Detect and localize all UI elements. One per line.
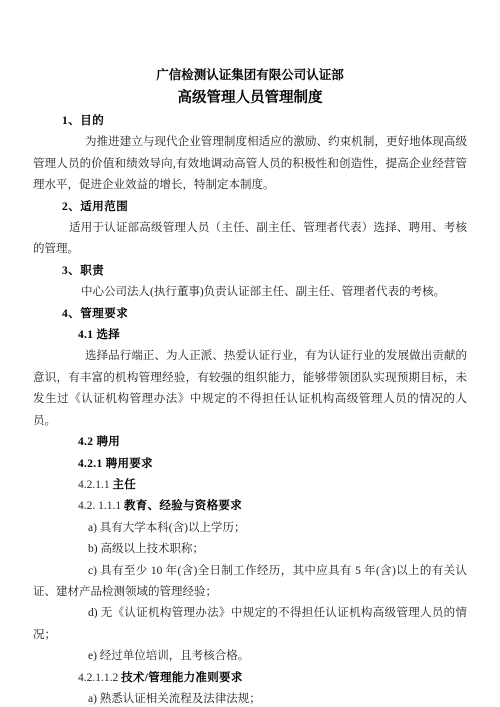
document-page: 广信检测认证集团有限公司认证部 高级管理人员管理制度 1、目的 为推进建立与现代… — [0, 0, 500, 707]
section-heading-2-scope: 2、适用范围 — [62, 197, 467, 218]
list-item-a-education: a) 具有大学本科(含)以上学历； — [33, 518, 467, 539]
heading-number: 4.2.1.1.2 — [78, 672, 121, 684]
subsection-heading-4-2-1-1-director: 4.2.1.1 主任 — [78, 475, 467, 496]
paragraph-purpose: 为推进建立与现代企业管理制度相适应的激励、约束机制，更好地体现高级管理人员的价值… — [33, 132, 467, 196]
subsection-heading-4-2-1-employment-requirements: 4.2.1 聘用要求 — [78, 454, 467, 475]
heading-label: 教育、经验与资格要求 — [124, 500, 242, 512]
list-item-a-regulations: a) 熟悉认证相关流程及法律法规； — [33, 689, 467, 707]
subsection-heading-4-2-employment: 4.2 聘用 — [78, 432, 467, 453]
section-heading-3-responsibility: 3、职责 — [62, 261, 467, 282]
subsection-heading-4-1-selection: 4.1 选择 — [78, 325, 467, 346]
document-title-main: 高级管理人员管理制度 — [33, 86, 467, 111]
list-item-c-experience: c) 具有至少 10 年(含)全日制工作经历，其中应具有 5 年(含)以上的有关… — [33, 561, 467, 604]
heading-label: 技术/管理能力准则要求 — [121, 672, 243, 684]
heading-label: 主任 — [113, 479, 137, 491]
list-item-e-training: e) 经过单位培训，且考核合格。 — [33, 646, 467, 667]
document-title-company: 广信检测认证集团有限公司认证部 — [33, 65, 467, 86]
list-item-d-restriction: d) 无《认证机构管理办法》中规定的不得担任认证机构高级管理人员的情况； — [33, 603, 467, 646]
heading-number: 4.2. 1.1.1 — [78, 500, 124, 512]
paragraph-responsibility: 中心公司法人(执行董事)负责认证部主任、副主任、管理者代表的考核。 — [33, 282, 467, 303]
paragraph-selection: 选择品行端正、为人正派、热爱认证行业，有为认证行业的发展做出贡献的意识，有丰富的… — [33, 346, 467, 432]
section-heading-1-purpose: 1、目的 — [62, 111, 467, 132]
paragraph-scope: 适用于认证部高级管理人员（主任、副主任、管理者代表）选择、聘用、考核的管理。 — [33, 218, 467, 261]
heading-number: 4.2.1.1 — [78, 479, 113, 491]
section-heading-4-requirements: 4、管理要求 — [62, 304, 467, 325]
list-item-b-title: b) 高级以上技术职称； — [33, 539, 467, 560]
subsection-heading-4-2-1-1-2-ability-criteria: 4.2.1.1.2 技术/管理能力准则要求 — [78, 668, 467, 689]
subsection-heading-4-2-1-1-1-education-experience: 4.2. 1.1.1 教育、经验与资格要求 — [78, 496, 467, 517]
